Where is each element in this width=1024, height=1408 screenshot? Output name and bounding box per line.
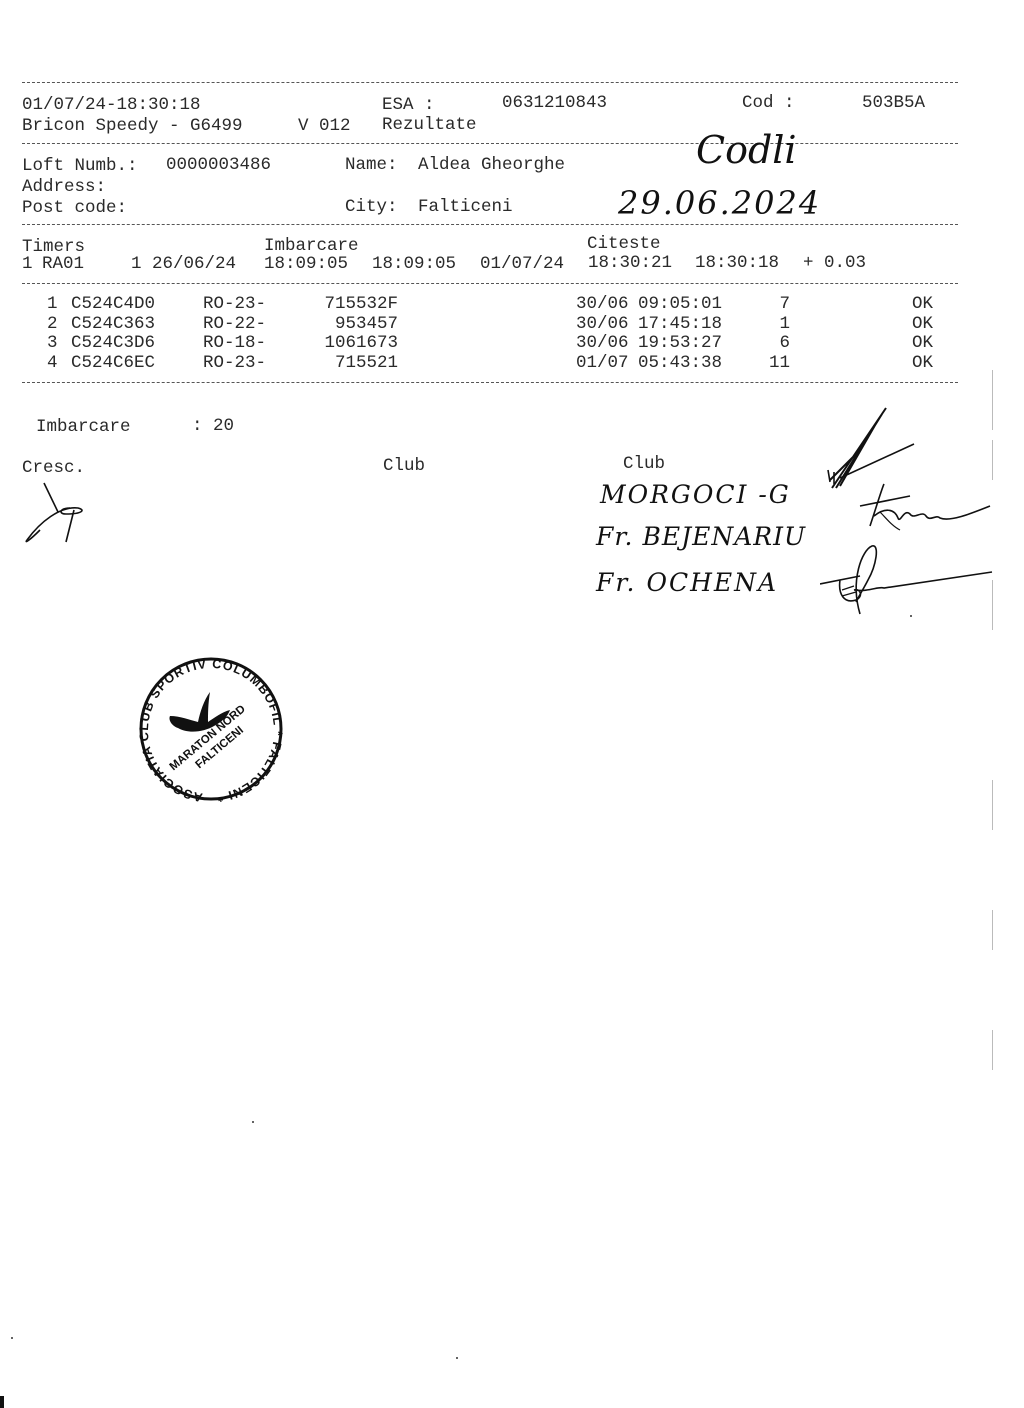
cell-no: 2 [47, 314, 58, 334]
cell-pos: 11 [670, 353, 790, 373]
scan-edge-mark [992, 780, 993, 830]
scan-edge-mark [992, 910, 993, 950]
cell-status: OK [912, 294, 933, 314]
cell-prefix: RO-18- [203, 333, 266, 353]
scan-speck [456, 1357, 458, 1359]
loft-number-label: Loft Numb.: [22, 156, 138, 176]
postcode-label: Post code: [22, 198, 127, 218]
cell-date: 30/06 [576, 294, 629, 314]
device-version: V 012 [298, 116, 351, 136]
scan-speck [252, 1121, 254, 1123]
cell-ring: 1061673 [278, 333, 398, 353]
city-label: City: [345, 197, 398, 217]
report-datetime: 01/07/24-18:30:18 [22, 95, 201, 115]
cresc-label: Cresc. [22, 458, 85, 478]
city-value: Falticeni [418, 197, 513, 217]
handwritten-race-date: 29.06.2024 [618, 184, 821, 222]
separator-top [22, 82, 958, 83]
scan-edge-mark [992, 1030, 993, 1070]
cod-label: Cod : [742, 93, 795, 113]
timer-read-time2: 18:30:18 [695, 253, 779, 273]
cell-chip: C524C6EC [71, 353, 155, 373]
name-label: Name: [345, 155, 398, 175]
separator-results [22, 382, 958, 383]
scan-speck [11, 1337, 13, 1339]
imbarcare-summary-label: Imbarcare [36, 417, 131, 437]
cell-ring: 715532F [278, 294, 398, 314]
cod-value: 503B5A [862, 93, 925, 113]
timer-imb-date: 26/06/24 [152, 254, 236, 274]
timer-imb-time1: 18:09:05 [264, 254, 348, 274]
timer-read-date: 01/07/24 [480, 254, 564, 274]
imbarcare-summary-value: : 20 [192, 416, 234, 436]
device-name: Bricon Speedy - G6499 [22, 116, 243, 136]
scan-edge-mark [992, 440, 993, 480]
separator-timers [22, 283, 958, 284]
esa-value: 0631210843 [502, 93, 607, 113]
address-label: Address: [22, 177, 106, 197]
timer-count: 1 [131, 254, 142, 274]
cell-status: OK [912, 353, 933, 373]
cell-date: 30/06 [576, 333, 629, 353]
cell-chip: C524C3D6 [71, 333, 155, 353]
cell-ring: 715521 [278, 353, 398, 373]
timer-deviation: + 0.03 [803, 253, 866, 273]
cell-date: 01/07 [576, 353, 629, 373]
cell-pos: 7 [670, 294, 790, 314]
report-type: Rezultate [382, 115, 477, 135]
club-official-1: MORGOCI -G [600, 480, 791, 509]
cell-no: 1 [47, 294, 58, 314]
loft-number-value: 0000003486 [166, 155, 271, 175]
club-label-2: Club [623, 454, 665, 474]
timers-citeste-label: Citeste [587, 234, 661, 254]
timer-index: 1 [22, 254, 33, 274]
scan-edge-mark [992, 370, 993, 430]
cell-date: 30/06 [576, 314, 629, 334]
club-official-3: Fr. OCHENA [596, 568, 778, 597]
cell-prefix: RO-23- [203, 353, 266, 373]
scan-edge-bar [0, 1396, 4, 1408]
separator-header [22, 143, 958, 144]
cell-prefix: RO-22- [203, 314, 266, 334]
cell-no: 3 [47, 333, 58, 353]
cell-prefix: RO-23- [203, 294, 266, 314]
official-signature-2-icon [840, 478, 1000, 538]
cell-ring: 953457 [278, 314, 398, 334]
club-label-1: Club [383, 456, 425, 476]
timer-id: RA01 [42, 254, 84, 274]
club-official-2: Fr. BEJENARIU [596, 522, 806, 551]
separator-fancier [22, 224, 958, 225]
timers-imbarcare-label: Imbarcare [264, 236, 359, 256]
cell-chip: C524C4D0 [71, 294, 155, 314]
breeder-signature-icon [20, 478, 90, 550]
official-signature-3-icon [820, 540, 1000, 620]
esa-label: ESA : [382, 95, 435, 115]
cell-status: OK [912, 314, 933, 334]
timer-imb-time2: 18:09:05 [372, 254, 456, 274]
name-value: Aldea Gheorghe [418, 155, 565, 175]
club-stamp: ASOCIATIA CLUB SPORTIV COLUMBOFIL * FALT… [134, 654, 288, 804]
cell-no: 4 [47, 353, 58, 373]
cell-chip: C524C363 [71, 314, 155, 334]
timer-read-time1: 18:30:21 [588, 253, 672, 273]
scan-speck [910, 615, 912, 617]
handwritten-race-name: Codli [696, 128, 797, 172]
cell-status: OK [912, 333, 933, 353]
scan-edge-mark [992, 580, 993, 630]
cell-pos: 1 [670, 314, 790, 334]
cell-pos: 6 [670, 333, 790, 353]
